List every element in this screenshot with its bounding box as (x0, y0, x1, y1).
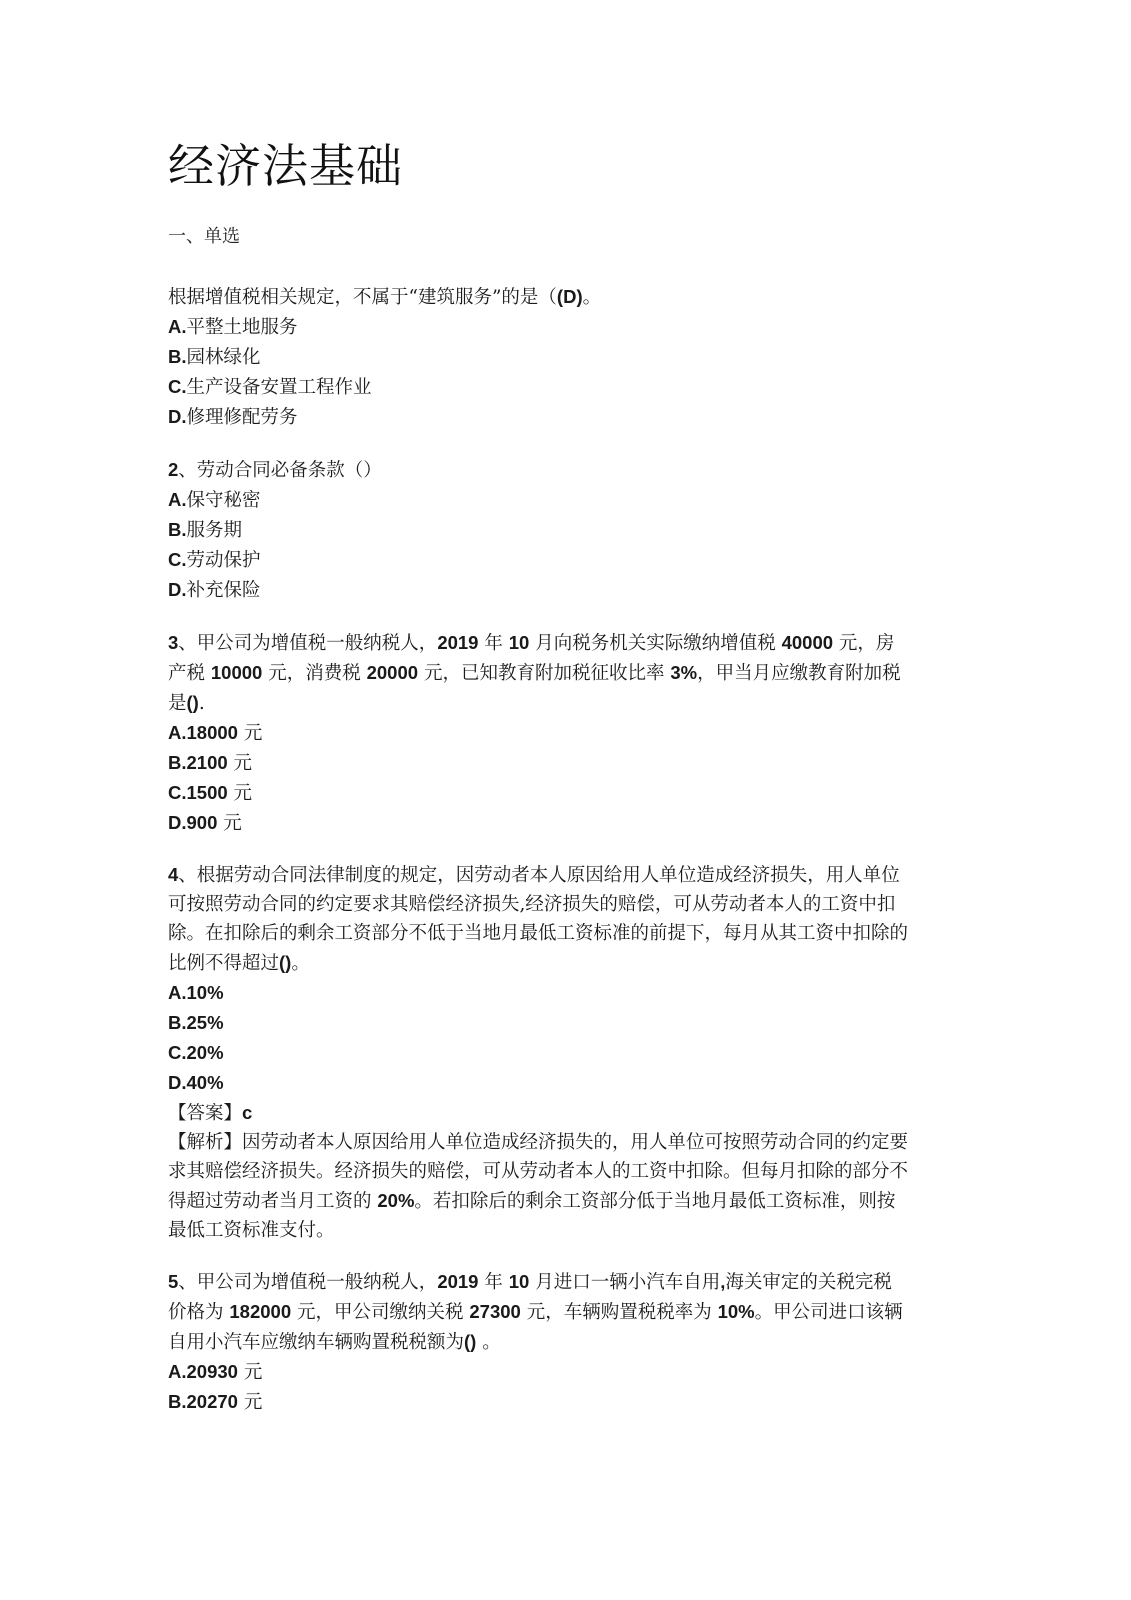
option-value: 2100 (187, 752, 228, 773)
answer-mark: (D) (557, 286, 583, 307)
option-value: 10% (187, 982, 224, 1003)
stem-text: 、甲公司为增值税一般纳税人， (178, 1272, 437, 1293)
option-letter: B. (168, 752, 187, 773)
option-text: 保守秘密 (187, 490, 261, 511)
option-d: D.900 元 (168, 808, 958, 838)
stem-text: . (199, 693, 205, 714)
question-stem: 2、劳动合同必备条款（） (168, 455, 958, 485)
question-stem-line: 是(). (168, 688, 958, 718)
blank-mark: () (464, 1331, 476, 1352)
stem-text: ，甲当月应缴教育附加税 (697, 663, 901, 684)
stem-number: 10 (509, 1271, 530, 1292)
analysis-text: 因劳动者本人原因给用人单位造成经济损失的，用人单位可按照劳动合同的约定要 (242, 1132, 908, 1153)
stem-number: 10000 (211, 662, 262, 683)
option-b: B.20270 元 (168, 1387, 958, 1417)
option-letter: A. (168, 1361, 187, 1382)
stem-text: 月进口一辆小汽车自用 (529, 1272, 720, 1293)
option-unit: 元 (238, 1392, 262, 1413)
option-value: 1500 (187, 782, 228, 803)
analysis-line: 【解析】因劳动者本人原因给用人单位造成经济损失的，用人单位可按照劳动合同的约定要 (168, 1128, 958, 1157)
option-d: D.补充保险 (168, 575, 958, 605)
stem-text: 、甲公司为增值税一般纳税人， (178, 633, 437, 654)
option-text: 平整土地服务 (187, 317, 298, 338)
stem-text: 元，房 (833, 633, 894, 654)
option-b: B.2100 元 (168, 748, 958, 778)
stem-number: 2019 (437, 632, 478, 653)
option-b: B.服务期 (168, 515, 958, 545)
option-value: 900 (187, 812, 218, 833)
option-letter: C. (168, 549, 187, 570)
option-unit: 元 (217, 813, 241, 834)
stem-text: 是 (168, 693, 187, 714)
question-number: 5 (168, 1271, 178, 1292)
question-stem-line: 5、甲公司为增值税一般纳税人，2019 年 10 月进口一辆小汽车自用,海关审定… (168, 1267, 958, 1297)
question-stem-line: 产税 10000 元，消费税 20000 元，已知教育附加税征收比率 3%，甲当… (168, 658, 958, 688)
option-value: 18000 (187, 722, 238, 743)
analysis-text: 。若扣除后的剩余工资部分低于当地月最低工资标准，则按 (414, 1191, 895, 1212)
option-value: 25% (187, 1012, 224, 1033)
option-letter: C. (168, 1042, 187, 1063)
stem-text: 。甲公司进口该辆 (755, 1302, 903, 1323)
option-value: 20% (187, 1042, 224, 1063)
option-a: A.保守秘密 (168, 485, 958, 515)
option-letter: D. (168, 1072, 187, 1093)
option-letter: B. (168, 346, 187, 367)
answer-value: c (242, 1102, 252, 1123)
option-unit: 元 (228, 753, 252, 774)
question-5: 5、甲公司为增值税一般纳税人，2019 年 10 月进口一辆小汽车自用,海关审定… (168, 1267, 958, 1417)
question-stem-line: 可按照劳动合同的约定要求其赔偿经济损失,经济损失的赔偿，可从劳动者本人的工资中扣 (168, 890, 958, 919)
option-value: 20270 (187, 1391, 238, 1412)
stem-number: 27300 (469, 1301, 520, 1322)
stem-text: 、劳动合同必备条款（） (178, 460, 382, 481)
option-d: D.修理修配劳务 (168, 402, 958, 432)
question-number: 2 (168, 459, 178, 480)
option-unit: 元 (228, 783, 252, 804)
option-text: 补充保险 (187, 580, 261, 601)
option-b: B.园林绿化 (168, 342, 958, 372)
option-letter: D. (168, 406, 187, 427)
blank-mark: () (187, 692, 199, 713)
option-letter: C. (168, 376, 187, 397)
option-letter: B. (168, 1012, 187, 1033)
option-b: B.25% (168, 1008, 958, 1038)
stem-text: 月向税务机关实际缴纳增值税 (529, 633, 781, 654)
analysis-line: 得超过劳动者当月工资的 20%。若扣除后的剩余工资部分低于当地月最低工资标准，则… (168, 1186, 958, 1216)
document-title: 经济法基础 (168, 138, 403, 194)
option-text: 生产设备安置工程作业 (187, 377, 372, 398)
option-letter: A. (168, 489, 187, 510)
stem-number: 10 (509, 632, 530, 653)
stem-text: 元，车辆购置税税率为 (521, 1302, 718, 1323)
option-a: A.18000 元 (168, 718, 958, 748)
option-letter: B. (168, 519, 187, 540)
stem-text: 价格为 (168, 1302, 229, 1323)
option-unit: 元 (238, 723, 262, 744)
option-letter: B. (168, 1391, 187, 1412)
question-2: 2、劳动合同必备条款（） A.保守秘密 B.服务期 C.劳动保护 D.补充保险 (168, 455, 958, 605)
stem-text: 产税 (168, 663, 211, 684)
analysis-line: 最低工资标准支付。 (168, 1216, 958, 1245)
answer-label: 【答案】 (168, 1103, 242, 1124)
stem-text: 、根据劳动合同法律制度的规定，因劳动者本人原因给用人单位造成经济损失，用人单位 (178, 865, 900, 886)
option-text: 服务期 (187, 520, 243, 541)
section-heading: 一、单选 (168, 224, 240, 250)
option-text: 园林绿化 (187, 347, 261, 368)
analysis-line: 求其赔偿经济损失。经济损失的赔偿，可从劳动者本人的工资中扣除。但每月扣除的部分不 (168, 1157, 958, 1186)
stem-number: 20000 (367, 662, 418, 683)
option-d: D.40% (168, 1068, 958, 1098)
stem-number: 182000 (229, 1301, 291, 1322)
stem-text: 年 (478, 1272, 508, 1293)
stem-text: 。 (291, 953, 310, 974)
option-text: 劳动保护 (187, 550, 261, 571)
stem-text: 年 (478, 633, 508, 654)
question-stem-line: 3、甲公司为增值税一般纳税人，2019 年 10 月向税务机关实际缴纳增值税 4… (168, 628, 958, 658)
stem-text: 元，已知教育附加税征收比率 (418, 663, 670, 684)
option-c: C.20% (168, 1038, 958, 1068)
stem-number: 2019 (437, 1271, 478, 1292)
question-number: 3 (168, 632, 178, 653)
question-stem-line: 比例不得超过()。 (168, 948, 958, 978)
question-number: 4 (168, 864, 178, 885)
option-letter: A. (168, 982, 187, 1003)
analysis-label: 【解析】 (168, 1132, 242, 1153)
option-text: 修理修配劳务 (187, 407, 298, 428)
question-4: 4、根据劳动合同法律制度的规定，因劳动者本人原因给用人单位造成经济损失，用人单位… (168, 860, 958, 1245)
analysis-text: 得超过劳动者当月工资的 (168, 1191, 377, 1212)
question-stem-line: 价格为 182000 元，甲公司缴纳关税 27300 元，车辆购置税税率为 10… (168, 1297, 958, 1327)
option-a: A.平整土地服务 (168, 312, 958, 342)
stem-text: 。 (476, 1332, 500, 1353)
question-stem-line: 自用小汽车应缴纳车辆购置税税额为() 。 (168, 1327, 958, 1357)
question-stem: 根据增值税相关规定，不属于“建筑服务”的是（(D)。 (168, 282, 958, 312)
option-c: C.1500 元 (168, 778, 958, 808)
option-letter: A. (168, 722, 187, 743)
question-3: 3、甲公司为增值税一般纳税人，2019 年 10 月向税务机关实际缴纳增值税 4… (168, 628, 958, 838)
stem-text: 元，甲公司缴纳关税 (291, 1302, 469, 1323)
stem-number: 40000 (782, 632, 833, 653)
option-value: 20930 (187, 1361, 238, 1382)
option-letter: A. (168, 316, 187, 337)
stem-text: 比例不得超过 (168, 953, 279, 974)
answer-line: 【答案】c (168, 1098, 958, 1128)
stem-text: 元，消费税 (262, 663, 366, 684)
option-a: A.20930 元 (168, 1357, 958, 1387)
option-c: C.劳动保护 (168, 545, 958, 575)
blank-mark: () (279, 952, 291, 973)
question-1: 根据增值税相关规定，不属于“建筑服务”的是（(D)。 A.平整土地服务 B.园林… (168, 282, 958, 432)
stem-text: 自用小汽车应缴纳车辆购置税税额为 (168, 1332, 464, 1353)
option-c: C.生产设备安置工程作业 (168, 372, 958, 402)
option-a: A.10% (168, 978, 958, 1008)
stem-text: 根据增值税相关规定，不属于“建筑服务”的是（ (168, 287, 557, 308)
stem-number: 3% (670, 662, 697, 683)
stem-text: 海关审定的关税完税 (725, 1272, 892, 1293)
stem-text: 。 (583, 287, 602, 308)
option-unit: 元 (238, 1362, 262, 1383)
option-letter: D. (168, 812, 187, 833)
option-letter: D. (168, 579, 187, 600)
question-stem-line: 除。在扣除后的剩余工资部分不低于当地月最低工资标准的前提下，每月从其工资中扣除的 (168, 919, 958, 948)
stem-number: 10% (718, 1301, 755, 1322)
option-value: 40% (187, 1072, 224, 1093)
option-letter: C. (168, 782, 187, 803)
question-stem-line: 4、根据劳动合同法律制度的规定，因劳动者本人原因给用人单位造成经济损失，用人单位 (168, 860, 958, 890)
analysis-number: 20% (377, 1190, 414, 1211)
